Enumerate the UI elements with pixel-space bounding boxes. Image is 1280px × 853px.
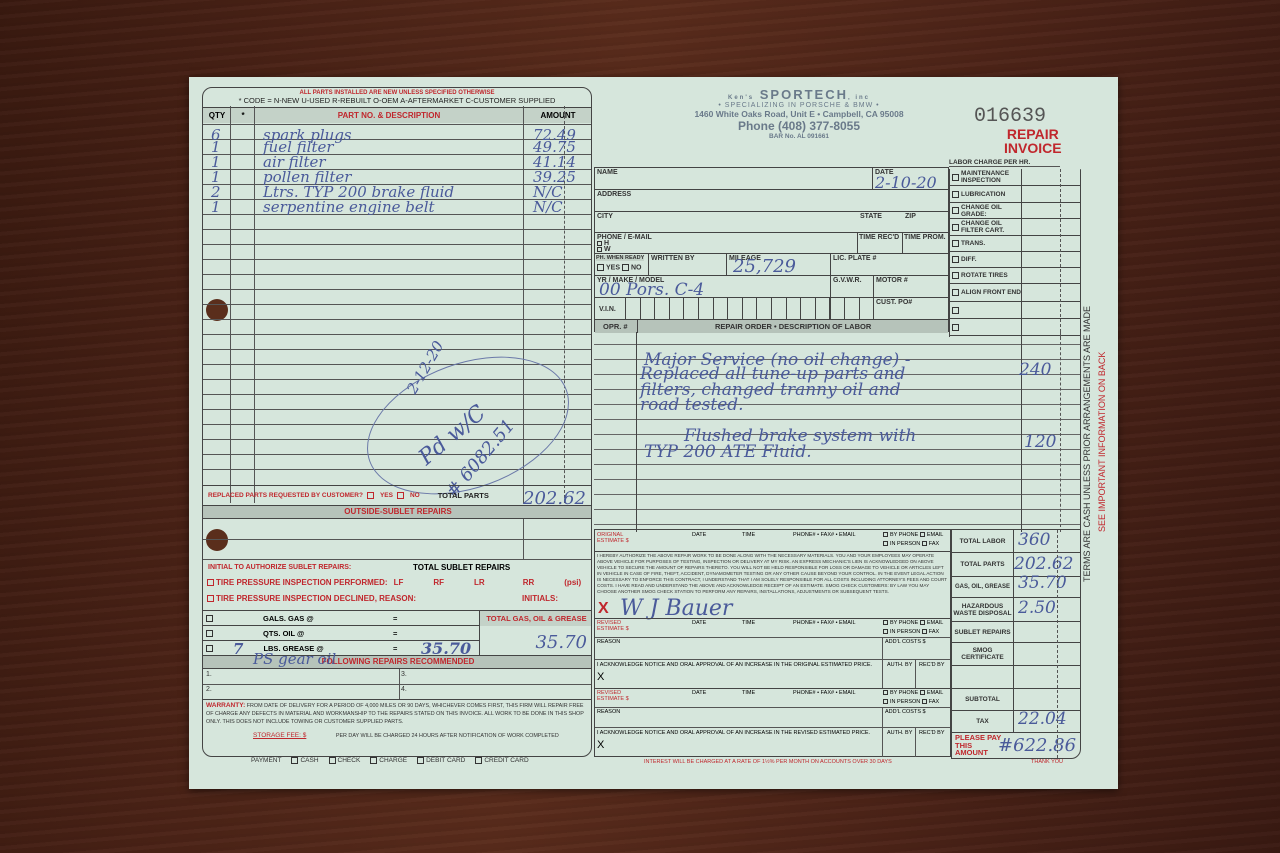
sublet-authorize-row: INITIAL TO AUTHORIZE SUBLET REPAIRS: TOT… bbox=[203, 559, 592, 575]
email-label: EMAIL bbox=[927, 620, 944, 626]
check-checkbox[interactable] bbox=[329, 757, 336, 764]
gas-oil-grease-label: GAS, OIL, GREASE bbox=[952, 577, 1014, 597]
service-checkbox[interactable] bbox=[952, 256, 959, 263]
tire-performed-checkbox[interactable] bbox=[207, 579, 214, 586]
brand-inc: inc bbox=[855, 95, 870, 101]
amount-due-value: #622.86 bbox=[998, 735, 1076, 756]
city-label: CITY bbox=[597, 213, 613, 220]
estimate-section: ORIGINAL ESTIMATE $ DATE TIME PHONE# • F… bbox=[594, 529, 951, 757]
lf-label: LF bbox=[394, 578, 404, 587]
revised-estimate-1: REVISED ESTIMATE $ DATE TIME PHONE# • FA… bbox=[595, 618, 950, 688]
ready-yes-label: YES bbox=[606, 264, 620, 271]
oil-checkbox[interactable] bbox=[206, 630, 213, 637]
grease-checkbox[interactable] bbox=[206, 645, 213, 652]
revised1-in-person-checkbox[interactable] bbox=[883, 629, 888, 634]
work-phone-checkbox[interactable] bbox=[597, 247, 602, 252]
description-cell: serpentine engine belt bbox=[263, 200, 435, 214]
service-item[interactable]: MAINTENANCE INSPECTION bbox=[949, 169, 1081, 186]
hazardous-waste-value: 2.50 bbox=[1018, 598, 1056, 618]
service-checkbox[interactable] bbox=[952, 272, 959, 279]
total-parts-label: TOTAL PARTS bbox=[952, 553, 1014, 576]
labor-row-line bbox=[594, 344, 1081, 345]
credit-card-checkbox[interactable] bbox=[475, 757, 482, 764]
original-time-label: TIME bbox=[742, 532, 755, 538]
service-item[interactable]: TRANS. bbox=[949, 236, 1081, 252]
service-item[interactable]: LUBRICATION bbox=[949, 186, 1081, 203]
service-item[interactable]: ROTATE TIRES bbox=[949, 268, 1081, 284]
storage-fee-row: STORAGE FEE: $ PER DAY WILL BE CHARGED 2… bbox=[253, 732, 592, 739]
oil-label: QTS. OIL @ bbox=[263, 629, 304, 638]
labor-charge-label: LABOR CHARGE PER HR. bbox=[949, 159, 1060, 167]
service-item[interactable]: ALIGN FRONT END bbox=[949, 284, 1081, 302]
vin-label: V.I.N. bbox=[599, 306, 616, 313]
ready-no-label: NO bbox=[631, 264, 642, 271]
signature-x: X bbox=[598, 600, 609, 618]
addl-costs-label: ADD'L COSTS $ bbox=[885, 639, 926, 645]
sublet-repairs-label: SUBLET REPAIRS bbox=[952, 622, 1014, 642]
recommended-slots: 1. 2. 3. 4. bbox=[203, 669, 592, 699]
auth-by-label: AUTH. BY bbox=[887, 662, 912, 668]
shop-address: 1460 White Oaks Road, Unit E • Campbell,… bbox=[649, 109, 949, 119]
ready-yes-checkbox[interactable] bbox=[597, 264, 604, 271]
tire-performed-label: TIRE PRESSURE INSPECTION PERFORMED: bbox=[216, 578, 388, 587]
no-label: NO bbox=[410, 492, 420, 499]
operation-number-header: OPR. # bbox=[603, 322, 628, 331]
revised1-fax-checkbox[interactable] bbox=[922, 629, 927, 634]
equals-sign: = bbox=[393, 614, 397, 623]
total-parts-value: 202.62 bbox=[1014, 554, 1073, 574]
original-estimate-label: ORIGINAL ESTIMATE $ bbox=[597, 532, 637, 544]
original-estimate-row: ORIGINAL ESTIMATE $ DATE TIME PHONE# • F… bbox=[595, 530, 950, 552]
authorization-text: I HEREBY AUTHORIZE THE ABOVE REPAIR WORK… bbox=[595, 553, 950, 595]
replaced-parts-question: REPLACED PARTS REQUESTED BY CUSTOMER? bbox=[208, 492, 363, 499]
smog-certificate-label: SMOG CERTIFICATE bbox=[952, 643, 1014, 665]
tire-declined-checkbox[interactable] bbox=[207, 595, 214, 602]
service-item[interactable]: CHANGE OIL FILTER CART. bbox=[949, 219, 1081, 236]
labor-row-line bbox=[594, 479, 1081, 480]
service-label: DIFF. bbox=[961, 256, 1021, 263]
revised2-in-person-checkbox[interactable] bbox=[883, 699, 888, 704]
in-person-label: IN PERSON bbox=[890, 629, 920, 635]
tire-inspection-performed: TIRE PRESSURE INSPECTION PERFORMED: LF R… bbox=[207, 578, 592, 587]
tire-declined-label: TIRE PRESSURE INSPECTION DECLINED, REASO… bbox=[216, 594, 416, 603]
qty-cell: 2 bbox=[211, 185, 221, 199]
reason-label: REASON bbox=[597, 709, 620, 715]
invoice-title: REPAIR INVOICE bbox=[1004, 127, 1062, 155]
shop-phone: Phone (408) 377-8055 bbox=[649, 119, 949, 133]
warranty-text: FROM DATE OF DELIVERY FOR A PERIOD OF 4,… bbox=[206, 703, 584, 725]
email-label: EMAIL bbox=[927, 532, 944, 538]
debit-card-label: DEBIT CARD bbox=[426, 757, 465, 764]
recd-by-label: REC'D BY bbox=[919, 662, 945, 668]
warranty-label: WARRANTY: bbox=[206, 702, 245, 709]
email-label: EMAIL bbox=[927, 690, 944, 696]
service-checkbox[interactable] bbox=[952, 224, 959, 231]
auth-by-label: AUTH. BY bbox=[887, 730, 912, 736]
home-phone-checkbox[interactable] bbox=[597, 241, 602, 246]
in-person-label: IN PERSON bbox=[890, 541, 920, 547]
work-label: W bbox=[604, 246, 611, 253]
ack-revised-text: I ACKNOWLEDGE NOTICE AND ORAL APPROVAL O… bbox=[597, 730, 870, 736]
sublet-title: OUTSIDE-SUBLET REPAIRS bbox=[203, 505, 592, 519]
in-person-label: IN PERSON bbox=[890, 699, 920, 705]
total-gas-oil-grease-value: 35.70 bbox=[480, 632, 592, 653]
service-label: TRANS. bbox=[961, 240, 1021, 247]
description-cell: Ltrs. TYP 200 brake fluid bbox=[263, 185, 454, 199]
revised-time-label: TIME bbox=[742, 690, 755, 696]
revised-date-label: DATE bbox=[692, 620, 706, 626]
gas-checkbox[interactable] bbox=[206, 615, 213, 622]
revised2-fax-checkbox[interactable] bbox=[922, 699, 927, 704]
service-item[interactable]: CHANGE OIL GRADE: bbox=[949, 203, 1081, 219]
customer-po-label: CUST. PO# bbox=[876, 299, 912, 306]
check-label: CHECK bbox=[338, 757, 361, 764]
debit-card-checkbox[interactable] bbox=[417, 757, 424, 764]
year-make-model-value: 00 Pors. C-4 bbox=[599, 280, 704, 300]
service-label: LUBRICATION bbox=[961, 191, 1021, 198]
revised-estimate-label: REVISED ESTIMATE $ bbox=[597, 620, 637, 632]
original-date-label: DATE bbox=[692, 532, 706, 538]
invoice-title-line2: INVOICE bbox=[1004, 141, 1062, 155]
amount-cell: 49.75 bbox=[533, 140, 576, 154]
mileage-value: 25,729 bbox=[733, 256, 796, 277]
parts-row-line bbox=[203, 334, 592, 349]
service-label: CHANGE OIL FILTER CART. bbox=[961, 220, 1021, 234]
labor-description: Major Service (no oil change) - Replaced… bbox=[594, 332, 1081, 532]
description-cell: pollen filter bbox=[263, 170, 351, 184]
total-sublet-label: TOTAL SUBLET REPAIRS bbox=[413, 560, 510, 576]
qty-header: QTY bbox=[203, 107, 231, 123]
service-checklist: MAINTENANCE INSPECTIONLUBRICATIONCHANGE … bbox=[949, 169, 1081, 337]
parts-row-line bbox=[203, 319, 592, 334]
recommended-slot-1: 1. bbox=[206, 671, 212, 678]
fax-label: FAX bbox=[929, 541, 939, 547]
tax-label: TAX bbox=[952, 711, 1014, 732]
amount-cell: 39.25 bbox=[533, 170, 576, 184]
service-item[interactable]: DIFF. bbox=[949, 252, 1081, 268]
written-by-label: WRITTEN BY bbox=[651, 255, 695, 262]
name-label: NAME bbox=[597, 169, 618, 176]
parts-row-line bbox=[203, 259, 592, 274]
total-labor-label: TOTAL LABOR bbox=[952, 530, 1014, 552]
subtotal-label: SUBTOTAL bbox=[952, 689, 1014, 710]
revised-estimate-2: REVISED ESTIMATE $ DATE TIME PHONE# • FA… bbox=[595, 688, 950, 756]
revised2-by-phone-checkbox[interactable] bbox=[883, 690, 888, 695]
amount-cell: 41.14 bbox=[533, 155, 576, 169]
cash-label: CASH bbox=[300, 757, 318, 764]
parts-row-line bbox=[203, 304, 592, 319]
brand-tagline: • SPECIALIZING IN PORSCHE & BMW • bbox=[649, 102, 949, 109]
fluids-section: GALS. GAS @ = QTS. OIL @ = 7 LBS. GREASE… bbox=[203, 610, 592, 655]
original-fax-checkbox[interactable] bbox=[922, 541, 927, 546]
storage-fee-text: PER DAY WILL BE CHARGED 24 HOURS AFTER N… bbox=[336, 733, 559, 739]
cash-checkbox[interactable] bbox=[291, 757, 298, 764]
totals-section: TOTAL LABOR360 TOTAL PARTS202.62 GAS, OI… bbox=[951, 529, 1081, 759]
service-checkbox[interactable] bbox=[952, 289, 959, 296]
parts-section: ALL PARTS INSTALLED ARE NEW UNLESS SPECI… bbox=[202, 87, 592, 757]
tax-value: 22.04 bbox=[1018, 709, 1067, 729]
invoice-number: 016639 bbox=[974, 105, 1046, 128]
gas-oil-grease-value: 35.70 bbox=[1018, 573, 1067, 593]
payment-row: PAYMENT CASH CHECK CHARGE DEBIT CARD CRE… bbox=[251, 757, 529, 764]
service-label: ALIGN FRONT END bbox=[961, 289, 1021, 296]
initials-label: INITIALS: bbox=[522, 594, 558, 603]
recommended-handwritten: PS gear oil bbox=[253, 650, 336, 668]
invoice-title-line1: REPAIR bbox=[1004, 127, 1062, 141]
rf-label: RF bbox=[433, 578, 444, 587]
brand-name: SPORTECH bbox=[760, 87, 848, 102]
labor-amount: 240 bbox=[1019, 360, 1051, 380]
repair-invoice-document: ALL PARTS INSTALLED ARE NEW UNLESS SPECI… bbox=[189, 77, 1118, 789]
amount-cell: N/C bbox=[533, 200, 563, 214]
ack-signature-x: X bbox=[597, 739, 604, 751]
charge-label: CHARGE bbox=[379, 757, 407, 764]
recommended-slot-3: 3. bbox=[401, 671, 407, 678]
reason-label: REASON bbox=[597, 639, 620, 645]
bar-number: BAR No. AL 091661 bbox=[649, 133, 949, 140]
equals-sign: = bbox=[393, 629, 397, 638]
total-parts-label: TOTAL PARTS bbox=[438, 491, 489, 500]
parts-row-line bbox=[203, 229, 592, 244]
zip-label: ZIP bbox=[905, 213, 916, 220]
labor-line: road tested. bbox=[640, 395, 744, 415]
ready-no-checkbox[interactable] bbox=[622, 264, 629, 271]
by-phone-label: BY PHONE bbox=[890, 690, 918, 696]
phone-when-ready-label: PH. WHEN READY bbox=[596, 255, 644, 261]
payment-label: PAYMENT bbox=[251, 757, 281, 764]
parts-row-line bbox=[203, 214, 592, 229]
code-header: * bbox=[231, 107, 255, 123]
time-promised-label: TIME PROM. bbox=[904, 234, 946, 241]
storage-fee-label: STORAGE FEE: $ bbox=[253, 732, 306, 739]
revised-contact-label: PHONE# • FAX# • EMAIL bbox=[793, 690, 856, 696]
equals-sign: = bbox=[393, 644, 397, 653]
labor-description-header: REPAIR ORDER • DESCRIPTION OF LABOR bbox=[715, 322, 871, 331]
rr-label: RR bbox=[523, 578, 535, 587]
shop-brand: Ken's SPORTECH, inc • SPECIALIZING IN PO… bbox=[649, 87, 949, 140]
thank-you: THANK YOU bbox=[1031, 759, 1063, 765]
service-checkbox[interactable] bbox=[952, 207, 959, 214]
parts-row-line bbox=[203, 289, 592, 304]
gvwr-label: G.V.W.R. bbox=[833, 277, 862, 284]
labor-row-line bbox=[594, 524, 1081, 525]
by-phone-label: BY PHONE bbox=[890, 532, 918, 538]
revised-contact-label: PHONE# • FAX# • EMAIL bbox=[793, 620, 856, 626]
code-legend: * CODE = N-NEW U-USED R-REBUILT O-OEM A-… bbox=[203, 96, 591, 105]
qty-cell: 1 bbox=[211, 155, 221, 169]
qty-cell: 1 bbox=[211, 140, 221, 154]
service-checkbox[interactable] bbox=[952, 191, 959, 198]
addl-costs-label: ADD'L COSTS $ bbox=[885, 709, 926, 715]
sublet-initial-label: INITIAL TO AUTHORIZE SUBLET REPAIRS: bbox=[208, 564, 351, 571]
revised1-by-phone-checkbox[interactable] bbox=[883, 620, 888, 625]
description-header: PART NO. & DESCRIPTION bbox=[255, 107, 523, 123]
service-checkbox[interactable] bbox=[952, 307, 959, 314]
service-checkbox[interactable] bbox=[952, 174, 959, 181]
labor-row-line bbox=[594, 494, 1081, 495]
revised-estimate-label: REVISED ESTIMATE $ bbox=[597, 690, 637, 702]
fax-label: FAX bbox=[929, 699, 939, 705]
no-checkbox[interactable] bbox=[397, 492, 404, 499]
interest-notice: INTEREST WILL BE CHARGED AT A RATE OF 1½… bbox=[644, 759, 892, 765]
service-label: MAINTENANCE INSPECTION bbox=[961, 170, 1021, 184]
service-item[interactable] bbox=[949, 302, 1081, 319]
parts-row-line bbox=[203, 244, 592, 259]
service-checkbox[interactable] bbox=[952, 240, 959, 247]
please-pay-label: PLEASE PAY THIS AMOUNT bbox=[955, 734, 1003, 757]
labor-row-line bbox=[594, 419, 1081, 420]
credit-card-label: CREDIT CARD bbox=[484, 757, 528, 764]
amount-cell: N/C bbox=[533, 185, 563, 199]
by-phone-label: BY PHONE bbox=[890, 620, 918, 626]
service-label: CHANGE OIL GRADE: bbox=[961, 204, 1021, 218]
labor-row-line bbox=[594, 464, 1081, 465]
customer-info: NAME DATE 2-10-20 ADDRESS CITY STATE ZIP… bbox=[594, 167, 949, 332]
tire-inspection-declined: TIRE PRESSURE INSPECTION DECLINED, REASO… bbox=[207, 594, 592, 603]
revised-date-label: DATE bbox=[692, 690, 706, 696]
description-cell: fuel filter bbox=[263, 140, 334, 154]
labor-amount: 120 bbox=[1024, 432, 1056, 452]
original-in-person-checkbox[interactable] bbox=[883, 541, 888, 546]
address-label: ADDRESS bbox=[597, 191, 631, 198]
warranty-section: WARRANTY: FROM DATE OF DELIVERY FOR A PE… bbox=[206, 702, 590, 726]
parts-row-line bbox=[203, 274, 592, 289]
service-checkbox[interactable] bbox=[952, 324, 959, 331]
service-label: ROTATE TIRES bbox=[961, 272, 1021, 279]
description-cell: air filter bbox=[263, 155, 326, 169]
recommended-slot-2: 2. bbox=[206, 686, 212, 693]
labor-line: TYP 200 ATE Fluid. bbox=[644, 442, 812, 462]
total-labor-value: 360 bbox=[1018, 530, 1050, 550]
gas-label: GALS. GAS @ bbox=[263, 614, 314, 623]
total-gas-oil-grease-label: TOTAL GAS, OIL & GREASE bbox=[480, 611, 592, 626]
ack-signature-x: X bbox=[597, 671, 604, 683]
yes-label: YES bbox=[380, 492, 393, 499]
time-received-label: TIME REC'D bbox=[859, 234, 899, 241]
motor-number-label: MOTOR # bbox=[876, 277, 908, 284]
yes-checkbox[interactable] bbox=[367, 492, 374, 499]
revised-time-label: TIME bbox=[742, 620, 755, 626]
lr-label: LR bbox=[474, 578, 485, 587]
original-contact-label: PHONE# • FAX# • EMAIL bbox=[793, 532, 856, 538]
license-plate-label: LIC. PLATE # bbox=[833, 255, 876, 262]
recd-by-label: REC'D BY bbox=[919, 730, 945, 736]
invoice-header: Ken's SPORTECH, inc • SPECIALIZING IN PO… bbox=[609, 77, 1114, 167]
terms-text: TERMS ARE CASH UNLESS PRIOR ARRANGEMENTS… bbox=[1082, 306, 1092, 582]
fax-label: FAX bbox=[929, 629, 939, 635]
original-email-checkbox[interactable] bbox=[920, 532, 925, 537]
hazardous-waste-label: HAZARDOUS WASTE DISPOSAL bbox=[952, 598, 1014, 621]
qty-cell: 1 bbox=[211, 170, 221, 184]
psi-label: (psi) bbox=[564, 578, 581, 587]
state-label: STATE bbox=[860, 213, 882, 220]
amount-header: AMOUNT bbox=[523, 107, 592, 123]
revised1-email-checkbox[interactable] bbox=[920, 620, 925, 625]
qty-cell: 1 bbox=[211, 200, 221, 214]
labor-row-line bbox=[594, 509, 1081, 510]
recommended-slot-4: 4. bbox=[401, 686, 407, 693]
charge-checkbox[interactable] bbox=[370, 757, 377, 764]
revised2-email-checkbox[interactable] bbox=[920, 690, 925, 695]
brand-small: Ken's bbox=[728, 95, 754, 101]
ack-original-text: I ACKNOWLEDGE NOTICE AND ORAL APPROVAL O… bbox=[597, 662, 872, 668]
see-back-text: SEE IMPORTANT INFORMATION ON BACK bbox=[1097, 352, 1107, 532]
original-by-phone-checkbox[interactable] bbox=[883, 532, 888, 537]
